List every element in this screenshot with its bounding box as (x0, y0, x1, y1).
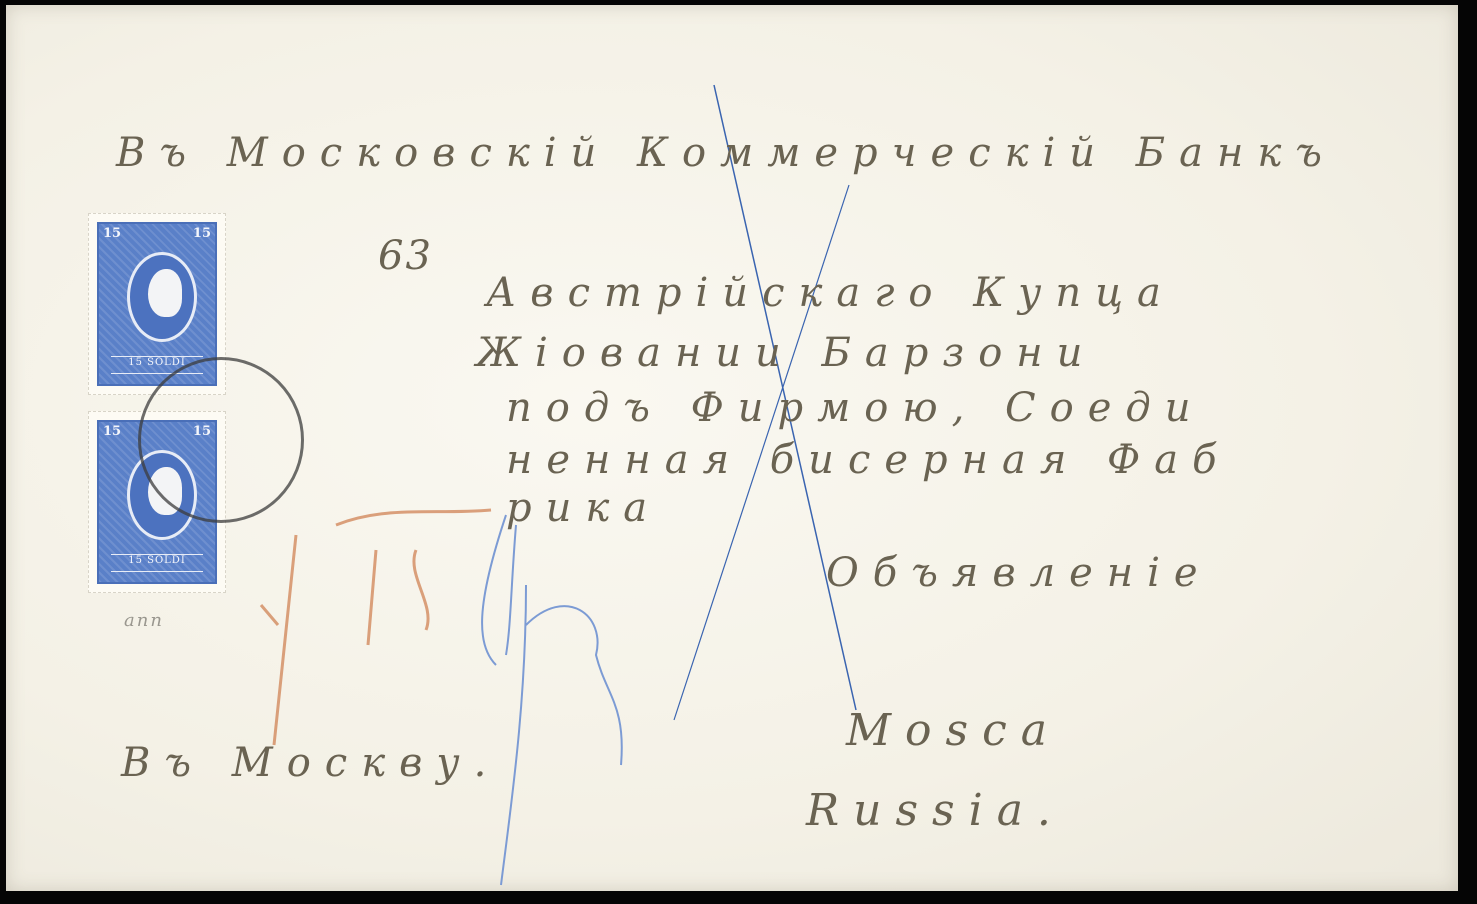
address-line-2: Австрiйскаго Купца (486, 270, 1175, 316)
postmark-circle (138, 357, 304, 523)
portrait-oval (127, 252, 197, 342)
address-line-6: рика (506, 485, 661, 531)
address-line-7: Объявленiе (826, 550, 1212, 596)
address-line-3: Жiовании Барзони (476, 330, 1096, 376)
address-line-5: ненная бисерная Фаб (506, 437, 1230, 483)
stamp-denomination: 15 SOLDI (111, 554, 203, 572)
address-bottom-left: Въ Москву. (121, 740, 500, 786)
address-line-1: Въ Московскiй Коммерческiй Банкъ (116, 130, 1336, 176)
address-number: 63 (378, 233, 433, 279)
address-line-4: подъ Фирмою, Соеди (506, 385, 1205, 431)
portrait-head-icon (148, 269, 182, 317)
pencil-note: ann (124, 610, 164, 631)
stamp-value-left: 15 (103, 424, 121, 439)
envelope: 15 15 15 SOLDI 15 15 15 SOLDI Въ Московс… (6, 5, 1458, 891)
address-bottom-right-2: Russia. (806, 785, 1065, 836)
stamp-value-left: 15 (103, 226, 121, 241)
address-bottom-right-1: Mosca (846, 705, 1061, 756)
stamp-value-right: 15 (193, 226, 211, 241)
